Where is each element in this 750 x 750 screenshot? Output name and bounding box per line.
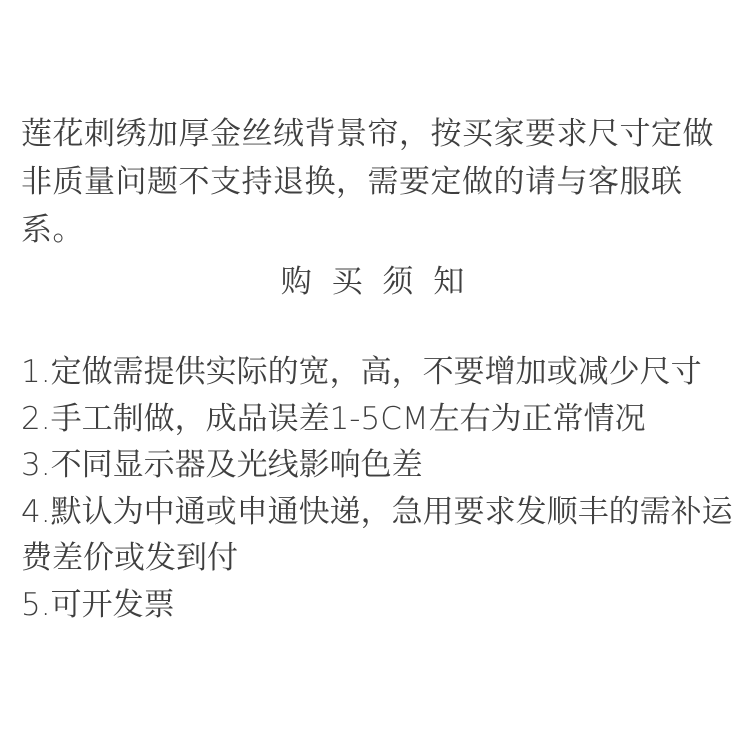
- product-notice-page: 莲花刺绣加厚金丝绒背景帘，按买家要求尺寸定做非质量问题不支持退换，需要定做的请与…: [0, 0, 750, 750]
- notice-item-1: 1.定做需提供实际的宽，高，不要增加或减少尺寸: [21, 349, 736, 396]
- notice-item-4: 4.默认为中通或申通快递，急用要求发顺丰的需补运费差价或发到付: [21, 489, 736, 582]
- purchase-notice-title: 购 买 须 知: [0, 262, 750, 302]
- purchase-notice-list: 1.定做需提供实际的宽，高，不要增加或减少尺寸 2.手工制做，成品误差1-5CM…: [21, 349, 736, 628]
- notice-item-5: 5.可开发票: [21, 582, 736, 629]
- notice-item-3: 3.不同显示器及光线影响色差: [21, 442, 736, 489]
- product-description: 莲花刺绣加厚金丝绒背景帘，按买家要求尺寸定做非质量问题不支持退换，需要定做的请与…: [21, 110, 736, 254]
- notice-item-2: 2.手工制做，成品误差1-5CM左右为正常情况: [21, 396, 736, 443]
